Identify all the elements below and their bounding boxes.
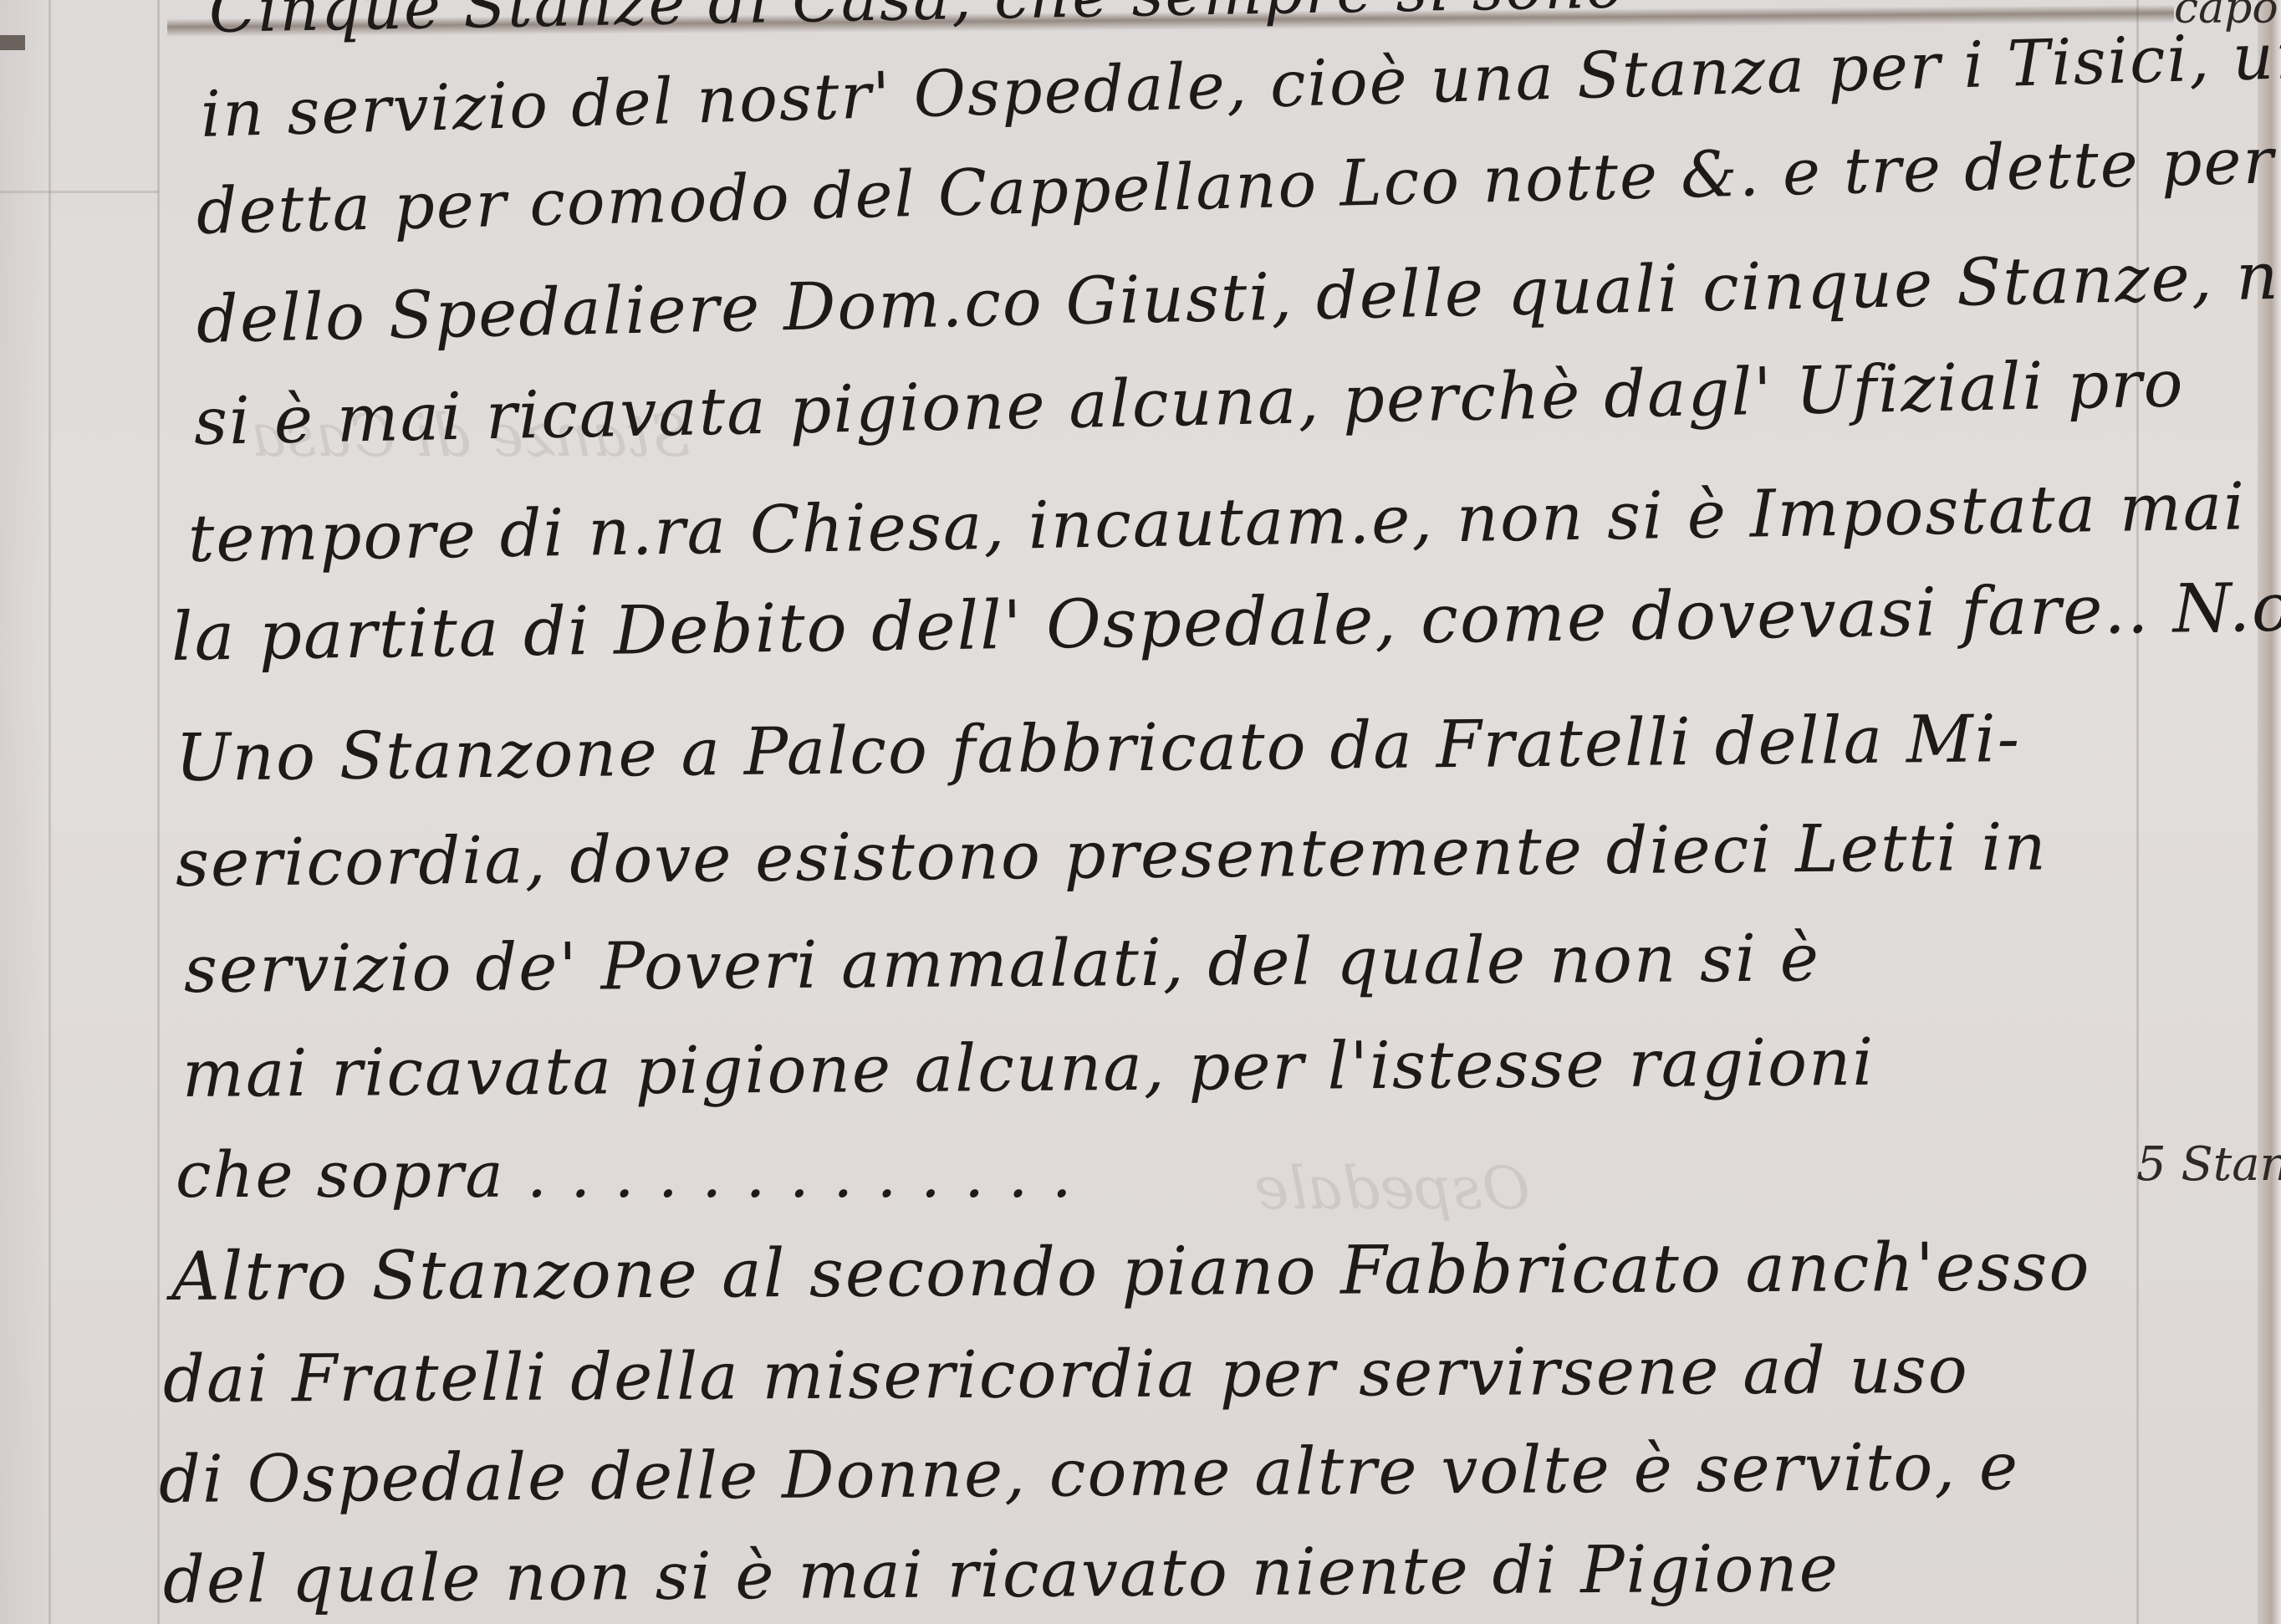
manuscript-line-8: Uno Stanzone a Palco fabbricato da Frate… — [176, 702, 2022, 796]
manuscript-page: Stanze di Casa Ospedale Cinque Stanze di… — [0, 0, 2281, 1624]
manuscript-line-4: dello Spedaliere Dom.co Giusti, delle qu… — [196, 237, 2281, 358]
margin-note-5-stanze: 5 Stanz — [2136, 1137, 2281, 1192]
manuscript-line-14: dai Fratelli della misericordia per serv… — [163, 1333, 1969, 1417]
manuscript-line-9: sericordia, dove esistono presentemente … — [176, 809, 2048, 901]
manuscript-line-6: tempore di n.ra Chiesa, incautam.e, non … — [187, 469, 2247, 577]
margin-rule-2 — [157, 0, 160, 1624]
manuscript-line-16: del quale non si è mai ricavato niente d… — [163, 1531, 1840, 1618]
manuscript-line-7: la partita di Debito dell' Ospedale, com… — [171, 566, 2281, 676]
page-tab-marker — [0, 35, 25, 50]
margin-note-top-right: capo — [2174, 0, 2278, 33]
manuscript-line-5: si è mai ricavata pigione alcuna, perchè… — [193, 346, 2185, 460]
manuscript-line-1: Cinque Stanze di Casa, che sempre si son… — [208, 0, 1625, 47]
manuscript-line-12: che sopra . . . . . . . . . . . . . — [176, 1137, 1074, 1212]
manuscript-line-15: di Ospedale delle Donne, come altre volt… — [159, 1429, 2020, 1518]
ledger-rule-h — [0, 191, 159, 193]
margin-rule-1 — [48, 0, 51, 1624]
manuscript-line-11: mai ricavata pigione alcuna, per l'istes… — [182, 1025, 1875, 1112]
bleed-through-text: Ospedale — [1254, 1154, 1530, 1223]
manuscript-line-10: servizio de' Poveri ammalati, del quale … — [184, 921, 1821, 1008]
manuscript-line-13: Altro Stanzone al secondo piano Fabbrica… — [171, 1228, 2091, 1315]
